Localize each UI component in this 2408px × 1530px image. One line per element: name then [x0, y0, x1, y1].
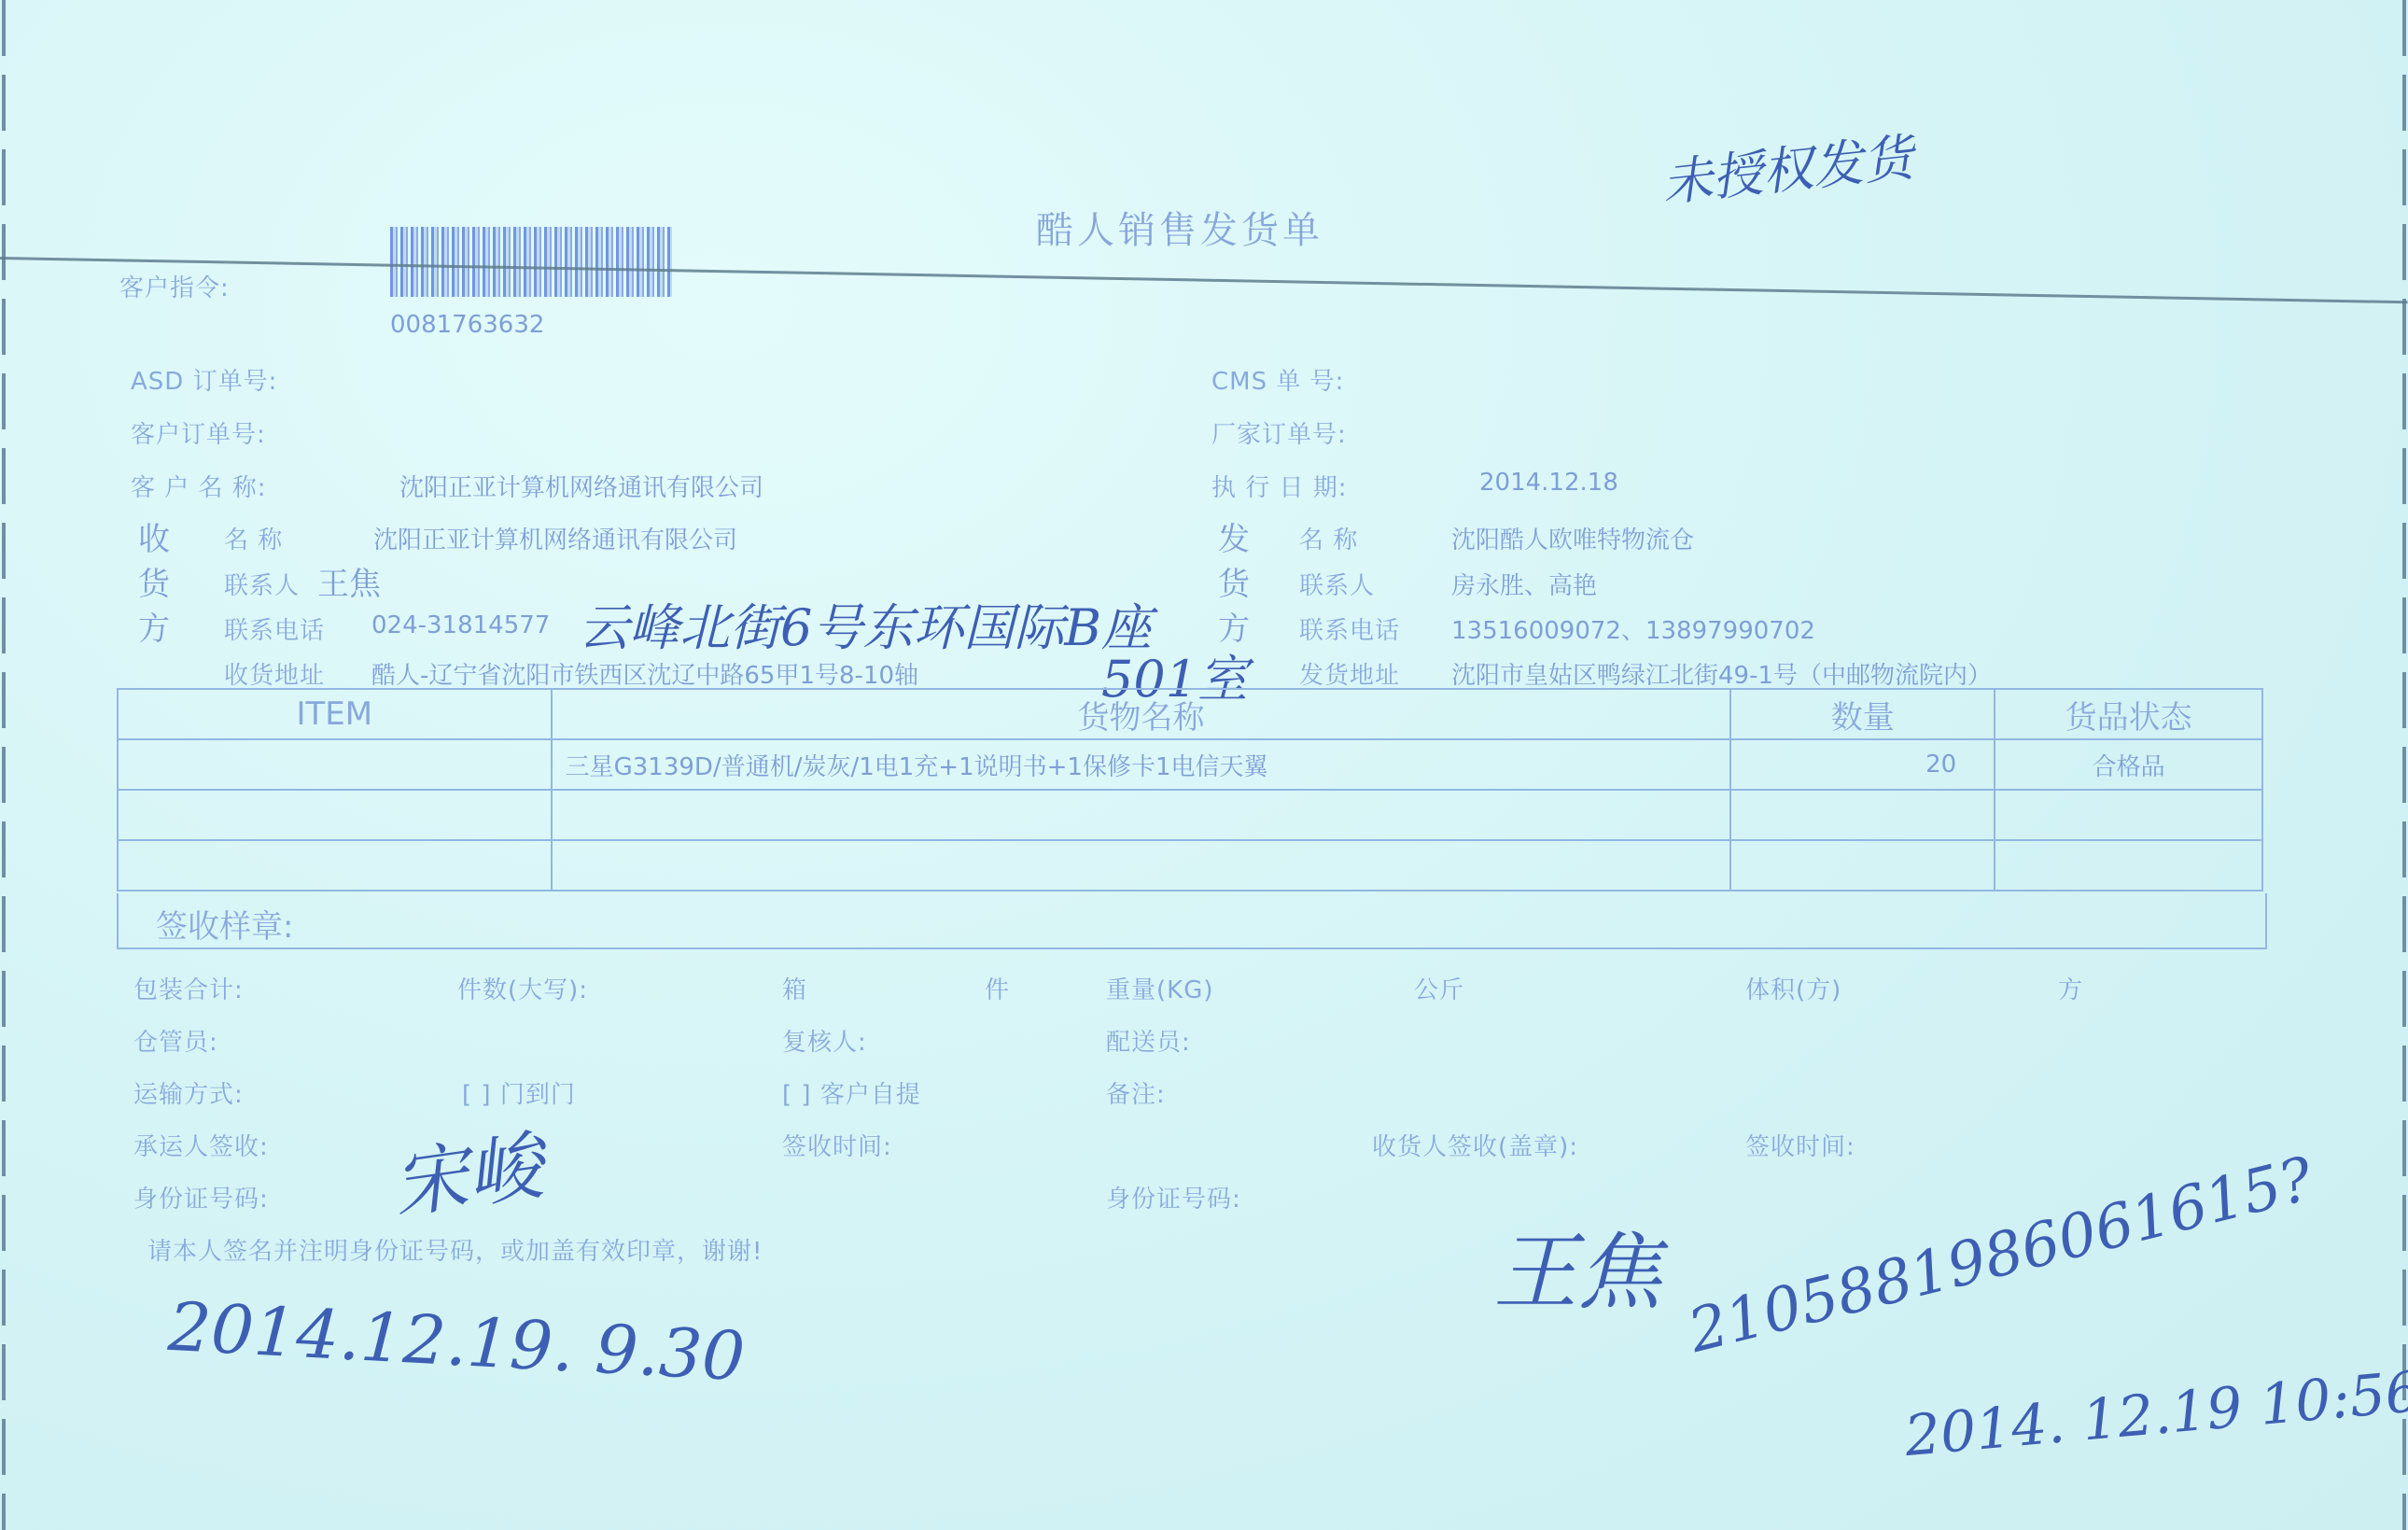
cell-goods-name: 三星G3139D/普通机/炭灰/1电1充+1说明书+1保修卡1电信天翼: [552, 739, 1731, 790]
carrier-signature: 宋峻: [385, 1105, 548, 1232]
shipper-phone-label: 联系电话: [1299, 611, 1400, 646]
sign-stamp-label: 签收样章:: [156, 901, 293, 947]
receiver-address: 酷人-辽宁省沈阳市铁西区沈辽中路65甲1号8-10轴: [371, 656, 918, 691]
receiver-side-char-1: 收: [138, 513, 170, 559]
warehouse-keeper-label: 仓管员:: [133, 1023, 218, 1058]
receiver-phone-label: 联系电话: [224, 611, 325, 646]
receiver-contact: 王焦: [317, 558, 381, 604]
kg-label: 公斤: [1414, 971, 1464, 1005]
table-row: [118, 790, 2262, 840]
carrier-sign-time-label: 签收时间:: [782, 1128, 892, 1162]
carrier-id-label: 身份证号码:: [133, 1180, 269, 1214]
shipper-name-label: 名 称: [1299, 521, 1358, 555]
table-row: 三星G3139D/普通机/炭灰/1电1充+1说明书+1保修卡1电信天翼 20 合…: [118, 739, 2262, 790]
receiver-contact-label: 联系人: [224, 567, 300, 601]
header-quantity: 数量: [1730, 689, 1995, 739]
header-goods-name: 货物名称: [552, 689, 1731, 739]
table-row: [118, 840, 2262, 891]
volume-label: 体积(方): [1745, 971, 1841, 1005]
notice-text: 请本人签名并注明身份证号码，或加盖有效印章，谢谢!: [147, 1232, 763, 1267]
header-status: 货品状态: [1995, 689, 2262, 739]
perforation-right: [2402, 0, 2406, 1530]
box-label: 箱: [782, 971, 807, 1005]
items-table: ITEM 货物名称 数量 货品状态 三星G3139D/普通机/炭灰/1电1充+1…: [117, 688, 2263, 891]
document-title: 酷人销售发货单: [1036, 201, 1323, 254]
carrier-sign-label: 承运人签收:: [133, 1128, 269, 1162]
shipper-contact-label: 联系人: [1299, 567, 1375, 601]
receiver-sign-time-label: 签收时间:: [1745, 1128, 1855, 1162]
execute-date-label: 执 行 日 期:: [1211, 469, 1348, 503]
receiver-address-label: 收货地址: [224, 656, 325, 691]
customer-order-label: 客户订单号:: [131, 415, 266, 450]
receiver-id-label: 身份证号码:: [1106, 1180, 1241, 1214]
cell-item: [118, 739, 552, 790]
receiver-name-label: 名 称: [224, 521, 283, 555]
handwritten-address-line1: 云峰北街6号东环国际B座: [579, 588, 1152, 660]
table-header-row: ITEM 货物名称 数量 货品状态: [118, 689, 2262, 739]
perforation-left: [2, 0, 6, 1530]
cell-quantity: 20: [1730, 739, 1995, 790]
cubic-label: 方: [2058, 971, 2083, 1005]
pieces-label: 件数(大写):: [457, 971, 588, 1005]
receiver-name: 沈阳正亚计算机网络通讯有限公司: [373, 521, 737, 555]
shipper-side-char-1: 发: [1218, 513, 1250, 559]
customer-name-value: 沈阳正亚计算机网络通讯有限公司: [399, 469, 763, 503]
shipper-side-char-2: 货: [1218, 558, 1250, 604]
shipper-contact: 房永胜、高艳: [1451, 567, 1597, 601]
reviewer-label: 复核人:: [782, 1023, 867, 1058]
shipper-address-label: 发货地址: [1299, 656, 1400, 691]
sign-stamp-box: 签收样章:: [117, 893, 2267, 949]
shipper-name: 沈阳酷人欧唯特物流仓: [1451, 521, 1694, 555]
barcode-number: 0081763632: [390, 311, 544, 339]
customer-name-label: 客 户 名 称:: [131, 469, 267, 503]
header-item: ITEM: [118, 689, 552, 739]
receiver-side-char-3: 方: [138, 603, 170, 649]
piece-label: 件: [985, 971, 1010, 1005]
receiver-side-char-2: 货: [138, 558, 170, 604]
receiver-phone: 024-31814577: [371, 611, 550, 639]
packing-total-label: 包装合计:: [133, 971, 244, 1005]
receiver-sign-label: 收货人签收(盖章):: [1372, 1128, 1578, 1162]
customer-instruction-label: 客户指令:: [119, 269, 230, 303]
shipper-side-char-3: 方: [1218, 603, 1250, 649]
shipper-phone: 13516009072、13897990702: [1451, 611, 1815, 646]
execute-date-value: 2014.12.18: [1479, 469, 1618, 497]
weight-label: 重量(KG): [1106, 971, 1214, 1005]
shipper-address: 沈阳市皇姑区鸭绿江北街49-1号（中邮物流院内）: [1451, 656, 1992, 691]
remark-label: 备注:: [1106, 1075, 1166, 1110]
deliverer-label: 配送员:: [1106, 1023, 1191, 1058]
customer-pickup-checkbox[interactable]: [ ] 客户自提: [782, 1075, 921, 1110]
factory-order-label: 厂家订单号:: [1211, 415, 1347, 450]
transport-label: 运输方式:: [133, 1075, 244, 1110]
barcode: [390, 227, 672, 297]
door-to-door-checkbox[interactable]: [ ] 门到门: [462, 1075, 576, 1110]
cell-status: 合格品: [1995, 739, 2262, 790]
receiver-signature: 王焦: [1493, 1204, 1661, 1326]
cms-order-label: CMS 单 号:: [1211, 362, 1344, 397]
asd-order-label: ASD 订单号:: [131, 362, 277, 397]
